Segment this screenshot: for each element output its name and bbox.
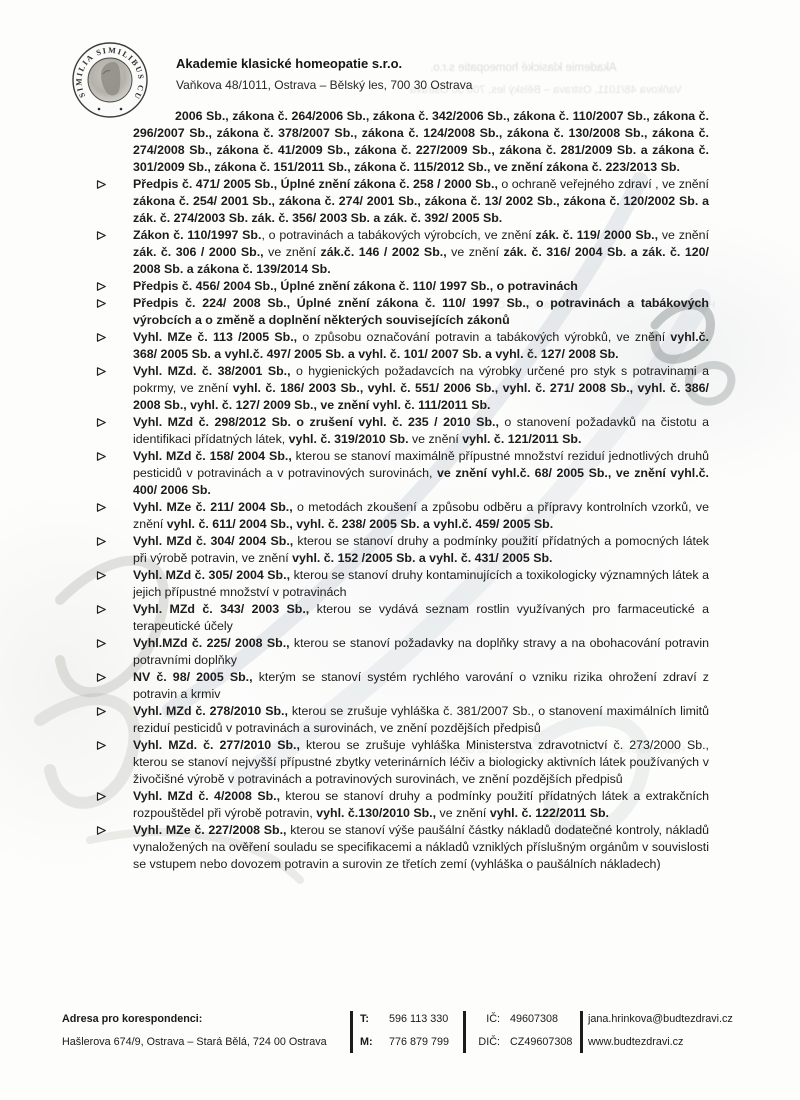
regulation-description: , o potravinách a tabákových výrobcích, … <box>261 228 535 242</box>
arrow-bullet-icon <box>96 791 107 802</box>
regulation-citation: Vyhl. MZd č. 305/ 2004 Sb., <box>133 568 294 582</box>
arrow-bullet-icon <box>96 604 107 615</box>
footer-address-label: Adresa pro korespondenci: <box>62 1013 202 1025</box>
footer-mobile-label: M: <box>360 1036 373 1048</box>
footer-email: jana.hrinkova@budtezdravi.cz <box>588 1013 733 1025</box>
regulation-citation: Vyhl. MZd č. 304/ 2004 Sb., <box>133 534 297 548</box>
footer-dic-label: DIČ: <box>476 1036 500 1048</box>
arrow-bullet-icon <box>96 570 107 581</box>
regulation-citation: vyhl. č. 122/2011 Sb. <box>490 806 609 820</box>
intro-paragraph: 2006 Sb., zákona č. 264/2006 Sb., zákona… <box>133 108 709 176</box>
footer-ic: 49607308 <box>510 1013 558 1025</box>
regulation-description: o způsobu označování potravin a tabákový… <box>302 330 670 344</box>
regulation-citation: zák. č. 119/ 2000 Sb., <box>535 228 661 242</box>
arrow-bullet-icon <box>96 332 107 343</box>
regulation-citation: Vyhl. MZd. č. 277/2010 Sb., <box>133 738 306 752</box>
arrow-bullet-icon <box>96 179 107 190</box>
arrow-bullet-icon <box>96 706 107 717</box>
footer-phone-label: T: <box>360 1013 369 1025</box>
arrow-bullet-icon <box>96 451 107 462</box>
regulation-citation: vyhl. č. 121/2011 Sb. <box>462 432 581 446</box>
regulation-citation: Vyhl. MZe č. 227/2008 Sb., <box>133 823 290 837</box>
regulation-citation: NV č. 98/ 2005 Sb., <box>133 670 259 684</box>
footer-mobile: 776 879 799 <box>389 1036 449 1048</box>
regulation-description: ve znění <box>451 245 503 259</box>
arrow-bullet-icon <box>96 825 107 836</box>
arrow-bullet-icon <box>96 366 107 377</box>
regulation-citation: zákona č. 254/ 2001 Sb., zákona č. 274/ … <box>133 194 709 225</box>
regulation-citation: vyhl. č. 319/2010 Sb. <box>289 432 412 446</box>
company-name: Akademie klasické homeopatie s.r.o. <box>176 56 402 71</box>
regulation-item: Vyhl. MZd č. 4/2008 Sb., kterou se stano… <box>95 788 709 822</box>
arrow-bullet-icon <box>96 536 107 547</box>
arrow-bullet-icon <box>96 417 107 428</box>
footer-website: www.budtezdravi.cz <box>588 1036 683 1048</box>
regulation-item: Vyhl.MZd č. 225/ 2008 Sb., kterou se sta… <box>95 635 709 669</box>
regulation-citation: Vyhl. MZe č. 113 /2005 Sb., <box>133 330 302 344</box>
regulation-citation: Zákon č. 110/1997 Sb. <box>133 228 261 242</box>
regulation-item: Vyhl. MZd č. 304/ 2004 Sb., kterou se st… <box>95 533 709 567</box>
footer-dic: CZ49607308 <box>510 1036 572 1048</box>
regulation-list: Předpis č. 471/ 2005 Sb., Úplné znění zá… <box>95 176 709 873</box>
regulation-item: Vyhl. MZd č. 343/ 2003 Sb., kterou se vy… <box>95 601 709 635</box>
footer-divider <box>350 1011 353 1053</box>
arrow-bullet-icon <box>96 672 107 683</box>
regulation-item: Vyhl. MZd č. 278/2010 Sb., kterou se zru… <box>95 703 709 737</box>
footer-ic-label: IČ: <box>476 1013 500 1025</box>
arrow-bullet-icon <box>96 638 107 649</box>
footer-divider <box>580 1011 583 1053</box>
regulation-item: Předpis č. 456/ 2004 Sb., Úplné znění zá… <box>95 278 709 295</box>
regulation-citation: Vyhl. MZd č. 158/ 2004 Sb., <box>133 449 296 463</box>
document-body: 2006 Sb., zákona č. 264/2006 Sb., zákona… <box>95 108 709 873</box>
regulation-citation: vyhl. č.130/2010 Sb., <box>316 806 439 820</box>
regulation-citation: vyhl. č. 611/ 2004 Sb., vyhl. č. 238/ 20… <box>167 517 553 531</box>
regulation-description: ve znění <box>440 806 490 820</box>
regulation-item: Vyhl. MZe č. 227/2008 Sb., kterou se sta… <box>95 822 709 873</box>
arrow-bullet-icon <box>96 298 107 309</box>
regulation-citation: Předpis č. 456/ 2004 Sb., Úplné znění zá… <box>133 279 578 293</box>
regulation-citation: Vyhl. MZd č. 298/2012 Sb. o zrušení vyhl… <box>133 415 504 429</box>
arrow-bullet-icon <box>96 740 107 751</box>
regulation-citation: vyhl. č. 152 /2005 Sb. a vyhl. č. 431/ 2… <box>292 551 552 565</box>
regulation-citation: Předpis č. 224/ 2008 Sb., Úplné znění zá… <box>133 296 709 327</box>
regulation-item: Vyhl. MZe č. 113 /2005 Sb., o způsobu oz… <box>95 329 709 363</box>
bleedthrough-text: Akademie klasické homeopatie s.r.o. <box>430 62 617 74</box>
regulation-item: Vyhl. MZd č. 305/ 2004 Sb., kterou se st… <box>95 567 709 601</box>
regulation-citation: Předpis č. 471/ 2005 Sb., Úplné znění zá… <box>133 177 501 191</box>
arrow-bullet-icon <box>96 281 107 292</box>
regulation-citation: zák. č. 306 / 2000 Sb., <box>133 245 268 259</box>
footer-address: Hašlerova 674/9, Ostrava – Stará Bělá, 7… <box>62 1036 327 1048</box>
regulation-description: ve znění <box>412 432 462 446</box>
regulation-item: Zákon č. 110/1997 Sb., o potravinách a t… <box>95 227 709 278</box>
regulation-description: ve znění <box>268 245 320 259</box>
regulation-item: Vyhl. MZd. č. 277/2010 Sb., kterou se zr… <box>95 737 709 788</box>
regulation-citation: Vyhl. MZd. č. 38/2001 Sb., <box>133 364 296 378</box>
regulation-citation: Vyhl. MZe č. 211/ 2004 Sb., <box>133 500 297 514</box>
arrow-bullet-icon <box>96 502 107 513</box>
regulation-description: ve znění <box>662 228 709 242</box>
regulation-description: o ochraně veřejného zdraví , ve znění <box>501 177 709 191</box>
company-address: Vaňkova 48/1011, Ostrava – Bělský les, 7… <box>176 78 472 92</box>
regulation-citation: zák.č. 146 / 2002 Sb., <box>321 245 452 259</box>
regulation-citation: Vyhl. MZd č. 278/2010 Sb., <box>133 704 292 718</box>
regulation-item: Předpis č. 471/ 2005 Sb., Úplné znění zá… <box>95 176 709 227</box>
scanned-document-page: Akademie klasické homeopatie s.r.o. Vaňk… <box>0 0 800 1100</box>
footer: Adresa pro korespondenci: Hašlerova 674/… <box>0 1013 800 1073</box>
footer-phone: 596 113 330 <box>389 1013 448 1025</box>
regulation-citation: Vyhl. MZd č. 343/ 2003 Sb., <box>133 602 317 616</box>
footer-divider <box>463 1011 466 1053</box>
arrow-bullet-icon <box>96 230 107 241</box>
regulation-citation: Vyhl. MZd č. 4/2008 Sb., <box>133 789 285 803</box>
regulation-item: Vyhl. MZd č. 158/ 2004 Sb., kterou se st… <box>95 448 709 499</box>
regulation-item: Vyhl. MZd. č. 38/2001 Sb., o hygienickýc… <box>95 363 709 414</box>
regulation-item: Vyhl. MZe č. 211/ 2004 Sb., o metodách z… <box>95 499 709 533</box>
regulation-item: Předpis č. 224/ 2008 Sb., Úplné znění zá… <box>95 295 709 329</box>
regulation-item: NV č. 98/ 2005 Sb., kterým se stanoví sy… <box>95 669 709 703</box>
regulation-citation: Vyhl.MZd č. 225/ 2008 Sb., <box>133 636 294 650</box>
regulation-item: Vyhl. MZd č. 298/2012 Sb. o zrušení vyhl… <box>95 414 709 448</box>
